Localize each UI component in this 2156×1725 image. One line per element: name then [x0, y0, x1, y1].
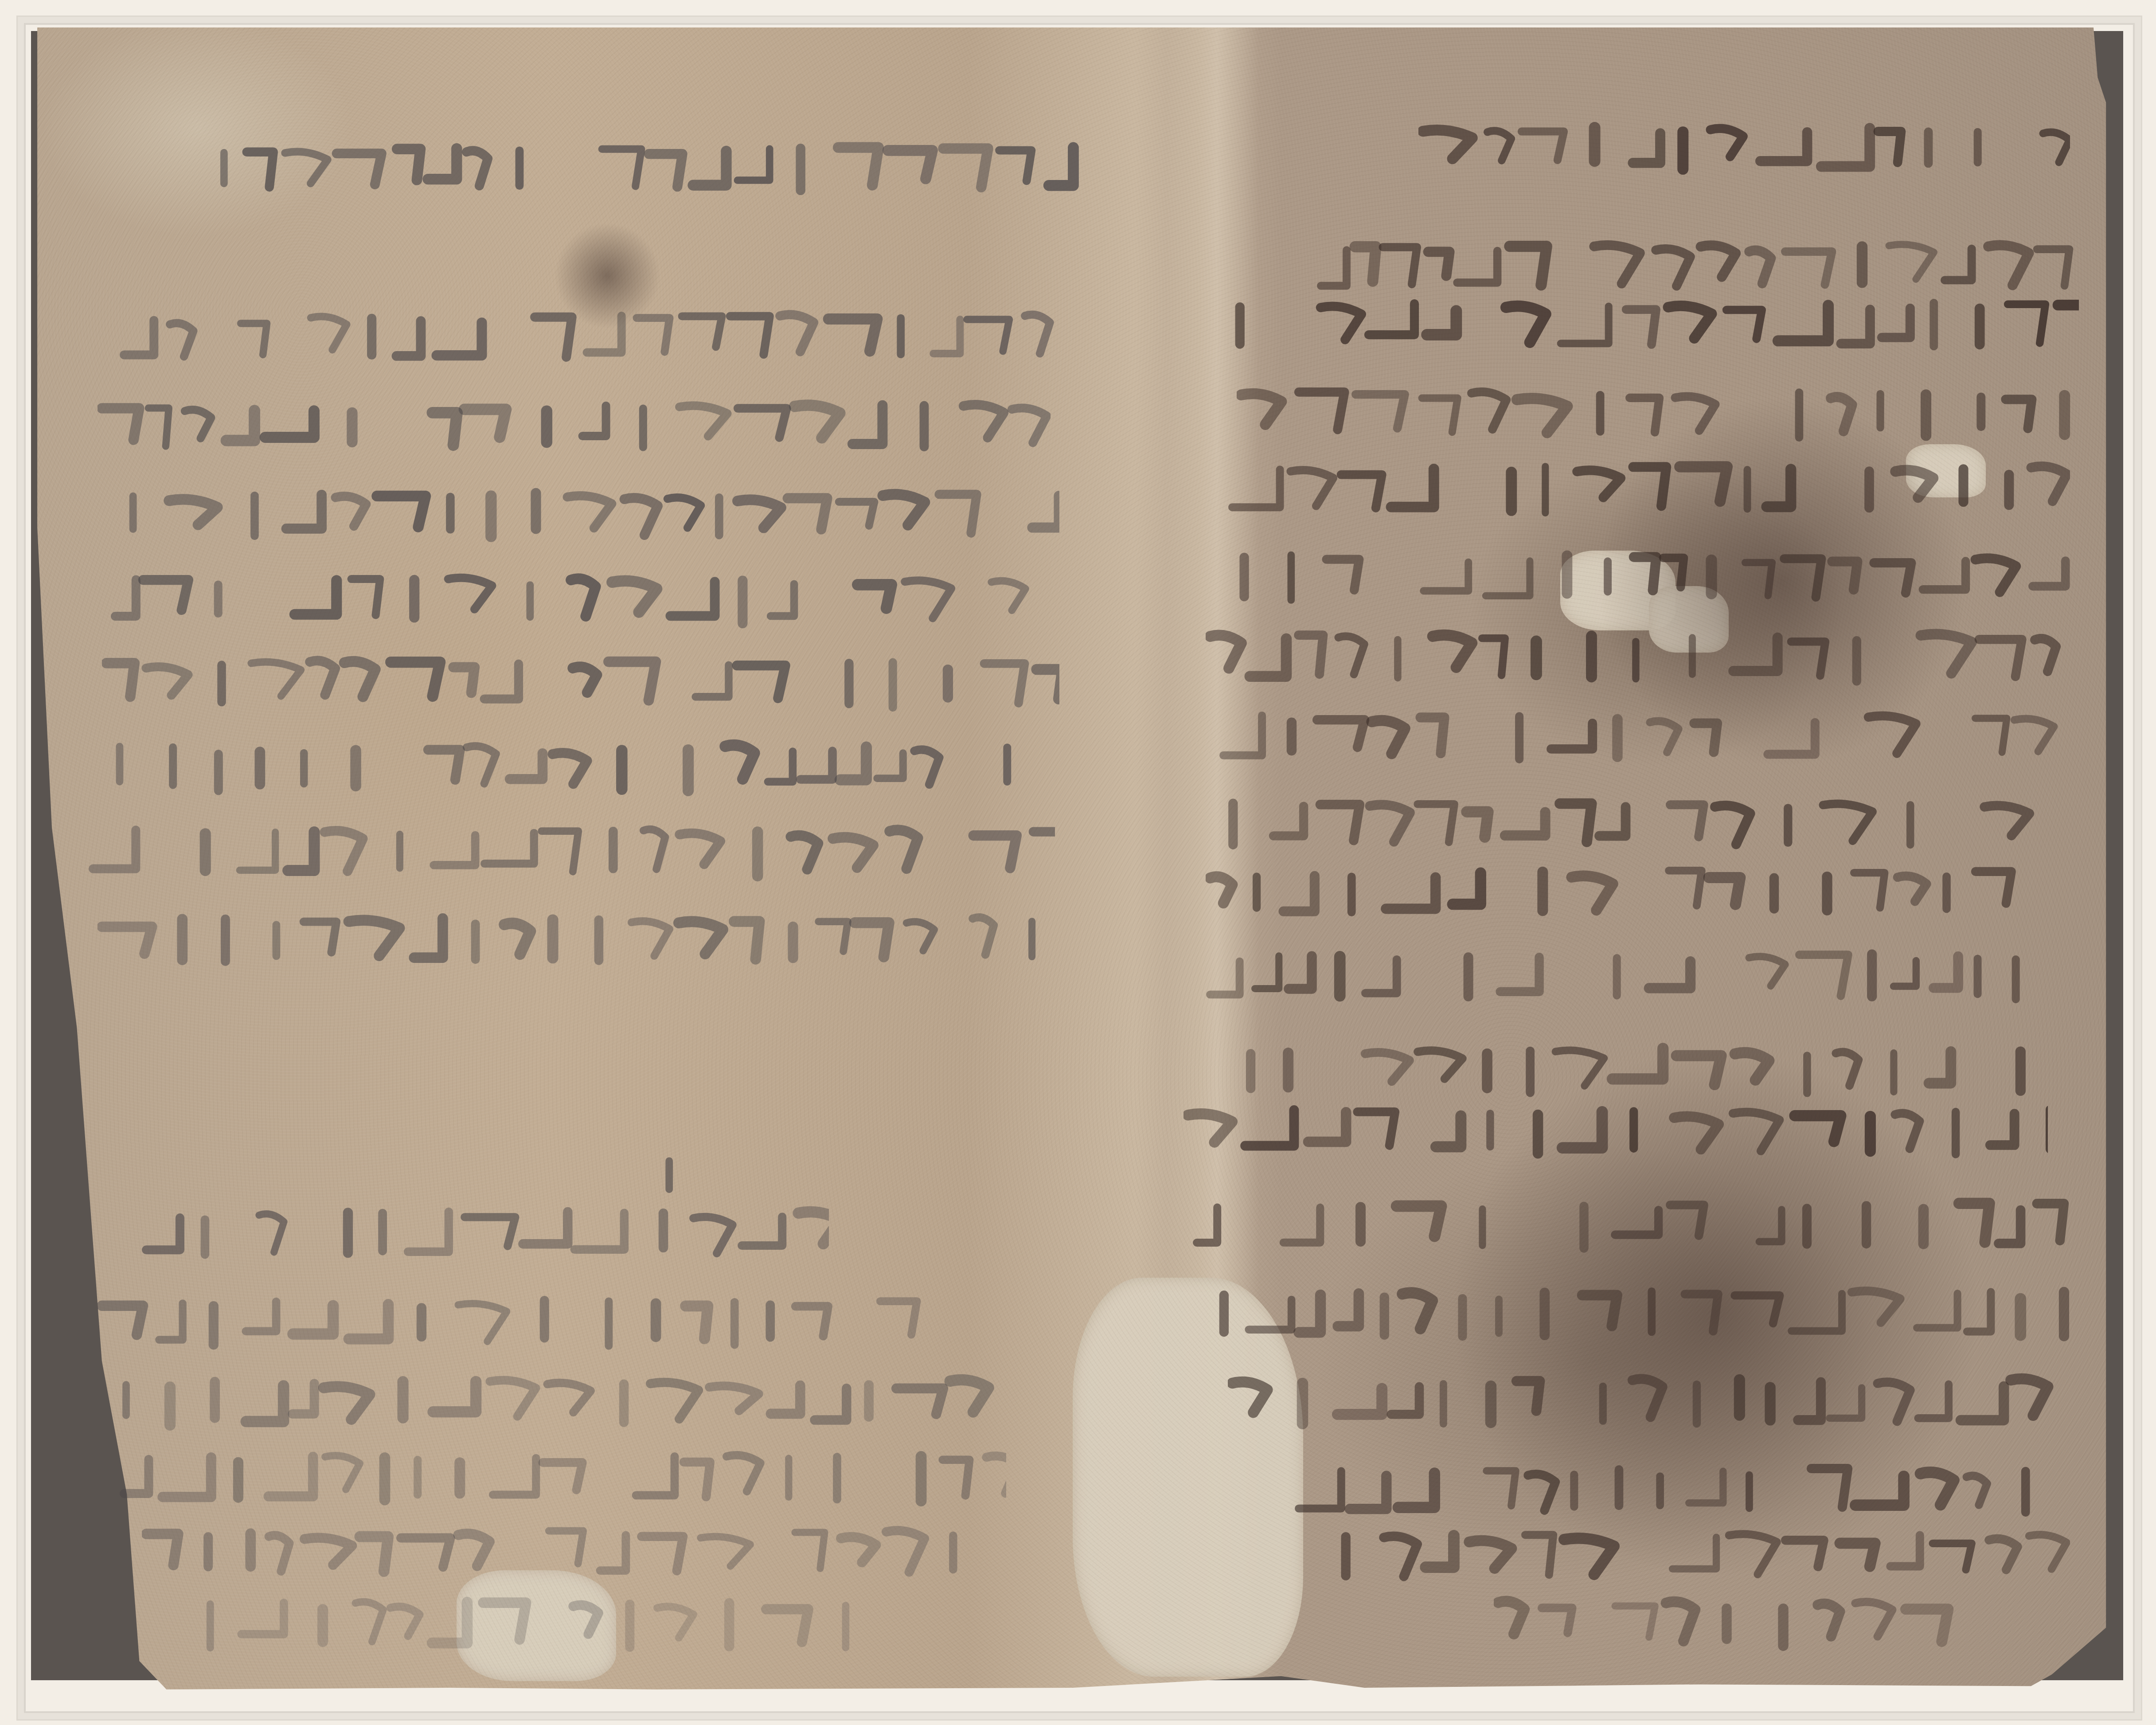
handwritten-line: [98, 905, 1051, 972]
discoloration-stain: [554, 223, 660, 329]
discoloration-stain: [1596, 395, 1968, 768]
discoloration-stain: [1449, 1047, 1981, 1579]
handwritten-line: [652, 1140, 696, 1207]
handwritten-line: [98, 732, 1055, 799]
handwritten-line: [1206, 790, 2048, 857]
handwritten-line: [1418, 112, 2070, 178]
handwritten-line: [1206, 941, 2048, 1007]
handwritten-line: [102, 648, 1059, 715]
handwritten-line: [1206, 857, 2026, 923]
handwritten-line: [1237, 378, 2079, 444]
handwritten-line: [106, 480, 1059, 546]
handwriting-layer: [31, 27, 2114, 1694]
handwritten-line: [142, 1517, 962, 1584]
handwritten-line: [208, 134, 1086, 200]
handwritten-line: [120, 1442, 1006, 1508]
handwritten-line: [111, 564, 1059, 630]
handwritten-line: [98, 391, 1051, 458]
handwritten-line: [1494, 1588, 1981, 1655]
handwritten-line: [1219, 289, 2079, 356]
handwritten-line: [186, 1588, 873, 1655]
handwritten-line: [1316, 231, 2079, 298]
handwritten-line: [98, 1287, 940, 1353]
handwritten-line: [98, 1366, 1006, 1433]
handwritten-line: [89, 817, 1055, 883]
handwritten-line: [142, 1198, 829, 1264]
handwritten-line: [1219, 701, 2070, 768]
